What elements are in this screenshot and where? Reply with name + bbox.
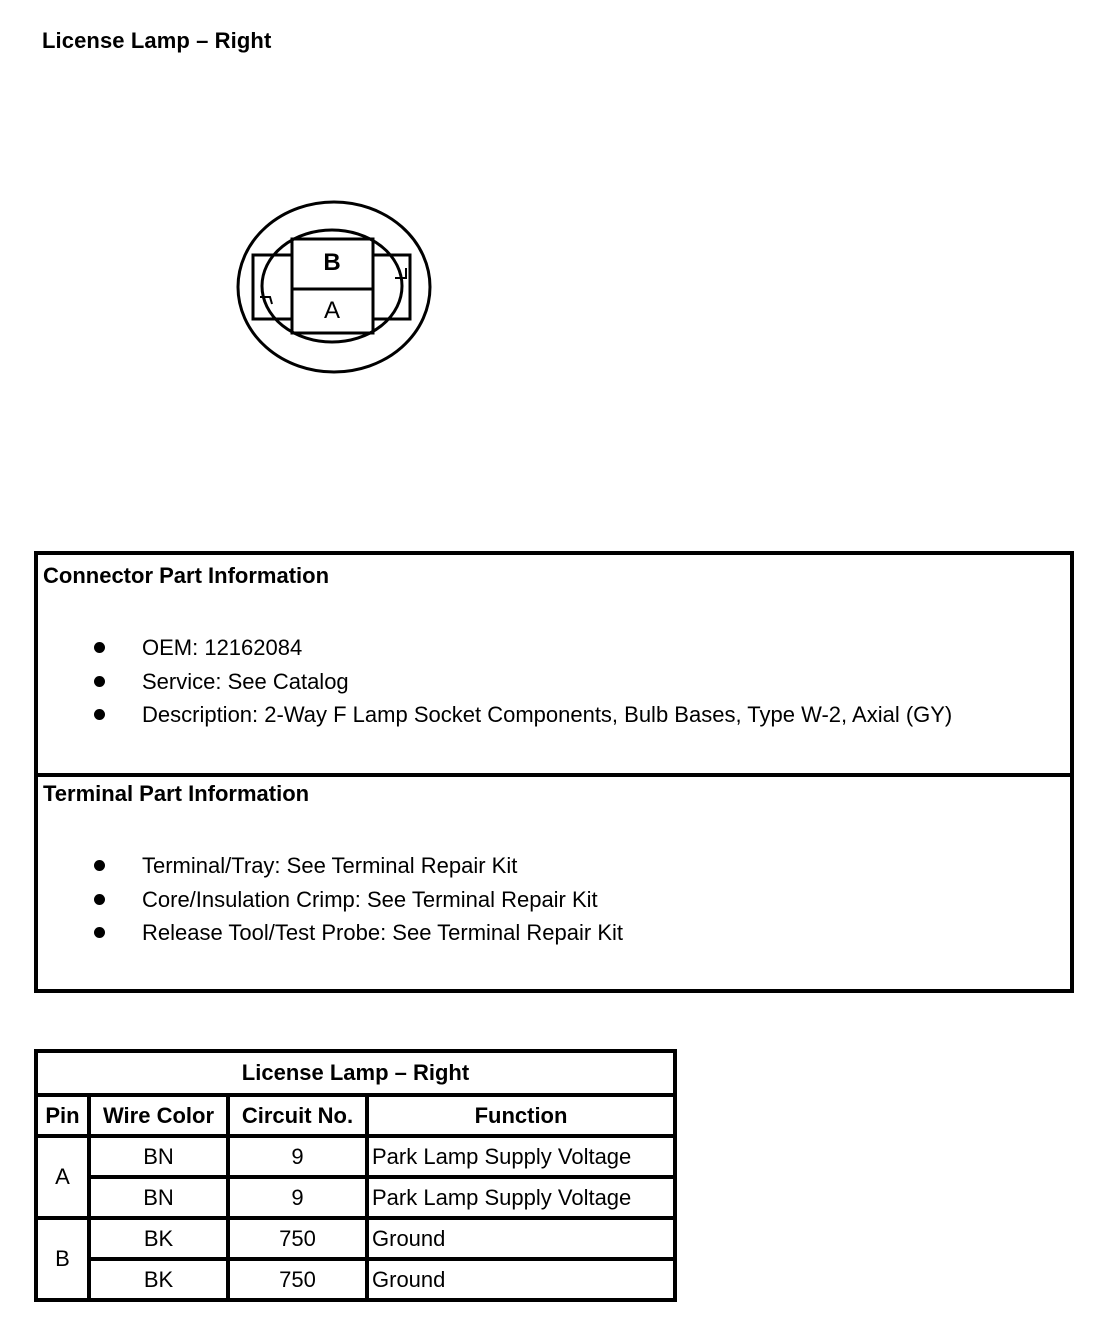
left-latch (253, 255, 292, 319)
table-row: A BN 9 Park Lamp Supply Voltage (36, 1136, 675, 1177)
list-item: Core/Insulation Crimp: See Terminal Repa… (38, 883, 623, 917)
function-cell: Park Lamp Supply Voltage (367, 1177, 675, 1218)
function-cell: Park Lamp Supply Voltage (367, 1136, 675, 1177)
circuit-cell: 750 (228, 1218, 367, 1259)
circuit-cell: 9 (228, 1177, 367, 1218)
header-function: Function (367, 1095, 675, 1136)
bullet-icon (94, 860, 105, 871)
connector-part-info-heading: Connector Part Information (43, 563, 329, 589)
list-item: OEM: 12162084 (38, 631, 952, 665)
crimp-info: Core/Insulation Crimp: See Terminal Repa… (142, 887, 598, 912)
header-circuit-no: Circuit No. (228, 1095, 367, 1136)
terminal-tray-info: Terminal/Tray: See Terminal Repair Kit (142, 853, 517, 878)
terminal-part-info-list: Terminal/Tray: See Terminal Repair Kit C… (38, 849, 623, 950)
pin-cell: A (36, 1136, 89, 1218)
table-caption: License Lamp – Right (36, 1051, 675, 1095)
release-tool-info: Release Tool/Test Probe: See Terminal Re… (142, 920, 623, 945)
list-item: Release Tool/Test Probe: See Terminal Re… (38, 916, 623, 950)
connector-inner-ring (262, 230, 402, 342)
list-item: Service: See Catalog (38, 665, 952, 699)
cavity-b-label: B (323, 249, 340, 276)
table-row: BK 750 Ground (36, 1259, 675, 1300)
service-info: Service: See Catalog (142, 669, 349, 694)
header-wire-color: Wire Color (89, 1095, 228, 1136)
terminal-part-info-heading: Terminal Part Information (43, 781, 309, 807)
connector-face-diagram: B A (230, 196, 440, 380)
header-pin: Pin (36, 1095, 89, 1136)
wire-color-cell: BK (89, 1218, 228, 1259)
table-row: BN 9 Park Lamp Supply Voltage (36, 1177, 675, 1218)
circuit-cell: 750 (228, 1259, 367, 1300)
part-information-box: Connector Part Information OEM: 12162084… (34, 551, 1074, 993)
wire-color-cell: BN (89, 1177, 228, 1218)
list-item: Terminal/Tray: See Terminal Repair Kit (38, 849, 623, 883)
function-cell: Ground (367, 1218, 675, 1259)
terminal-part-info-section: Terminal Part Information Terminal/Tray:… (38, 773, 1070, 989)
description-info: Description: 2-Way F Lamp Socket Compone… (142, 702, 952, 727)
list-item: Description: 2-Way F Lamp Socket Compone… (38, 698, 952, 732)
cavity-a-label: A (324, 297, 340, 324)
oem-part-number: OEM: 12162084 (142, 635, 302, 660)
bullet-icon (94, 927, 105, 938)
pinout-table: License Lamp – Right Pin Wire Color Circ… (34, 1049, 677, 1302)
function-cell: Ground (367, 1259, 675, 1300)
pin-cell: B (36, 1218, 89, 1300)
bullet-icon (94, 894, 105, 905)
bullet-icon (94, 642, 105, 653)
bullet-icon (94, 709, 105, 720)
wire-color-cell: BK (89, 1259, 228, 1300)
page-title: License Lamp – Right (42, 28, 271, 54)
table-row: B BK 750 Ground (36, 1218, 675, 1259)
bullet-icon (94, 676, 105, 687)
right-latch (373, 255, 410, 319)
circuit-cell: 9 (228, 1136, 367, 1177)
connector-part-info-section: Connector Part Information OEM: 12162084… (38, 555, 1070, 777)
connector-part-info-list: OEM: 12162084 Service: See Catalog Descr… (38, 631, 952, 732)
wire-color-cell: BN (89, 1136, 228, 1177)
